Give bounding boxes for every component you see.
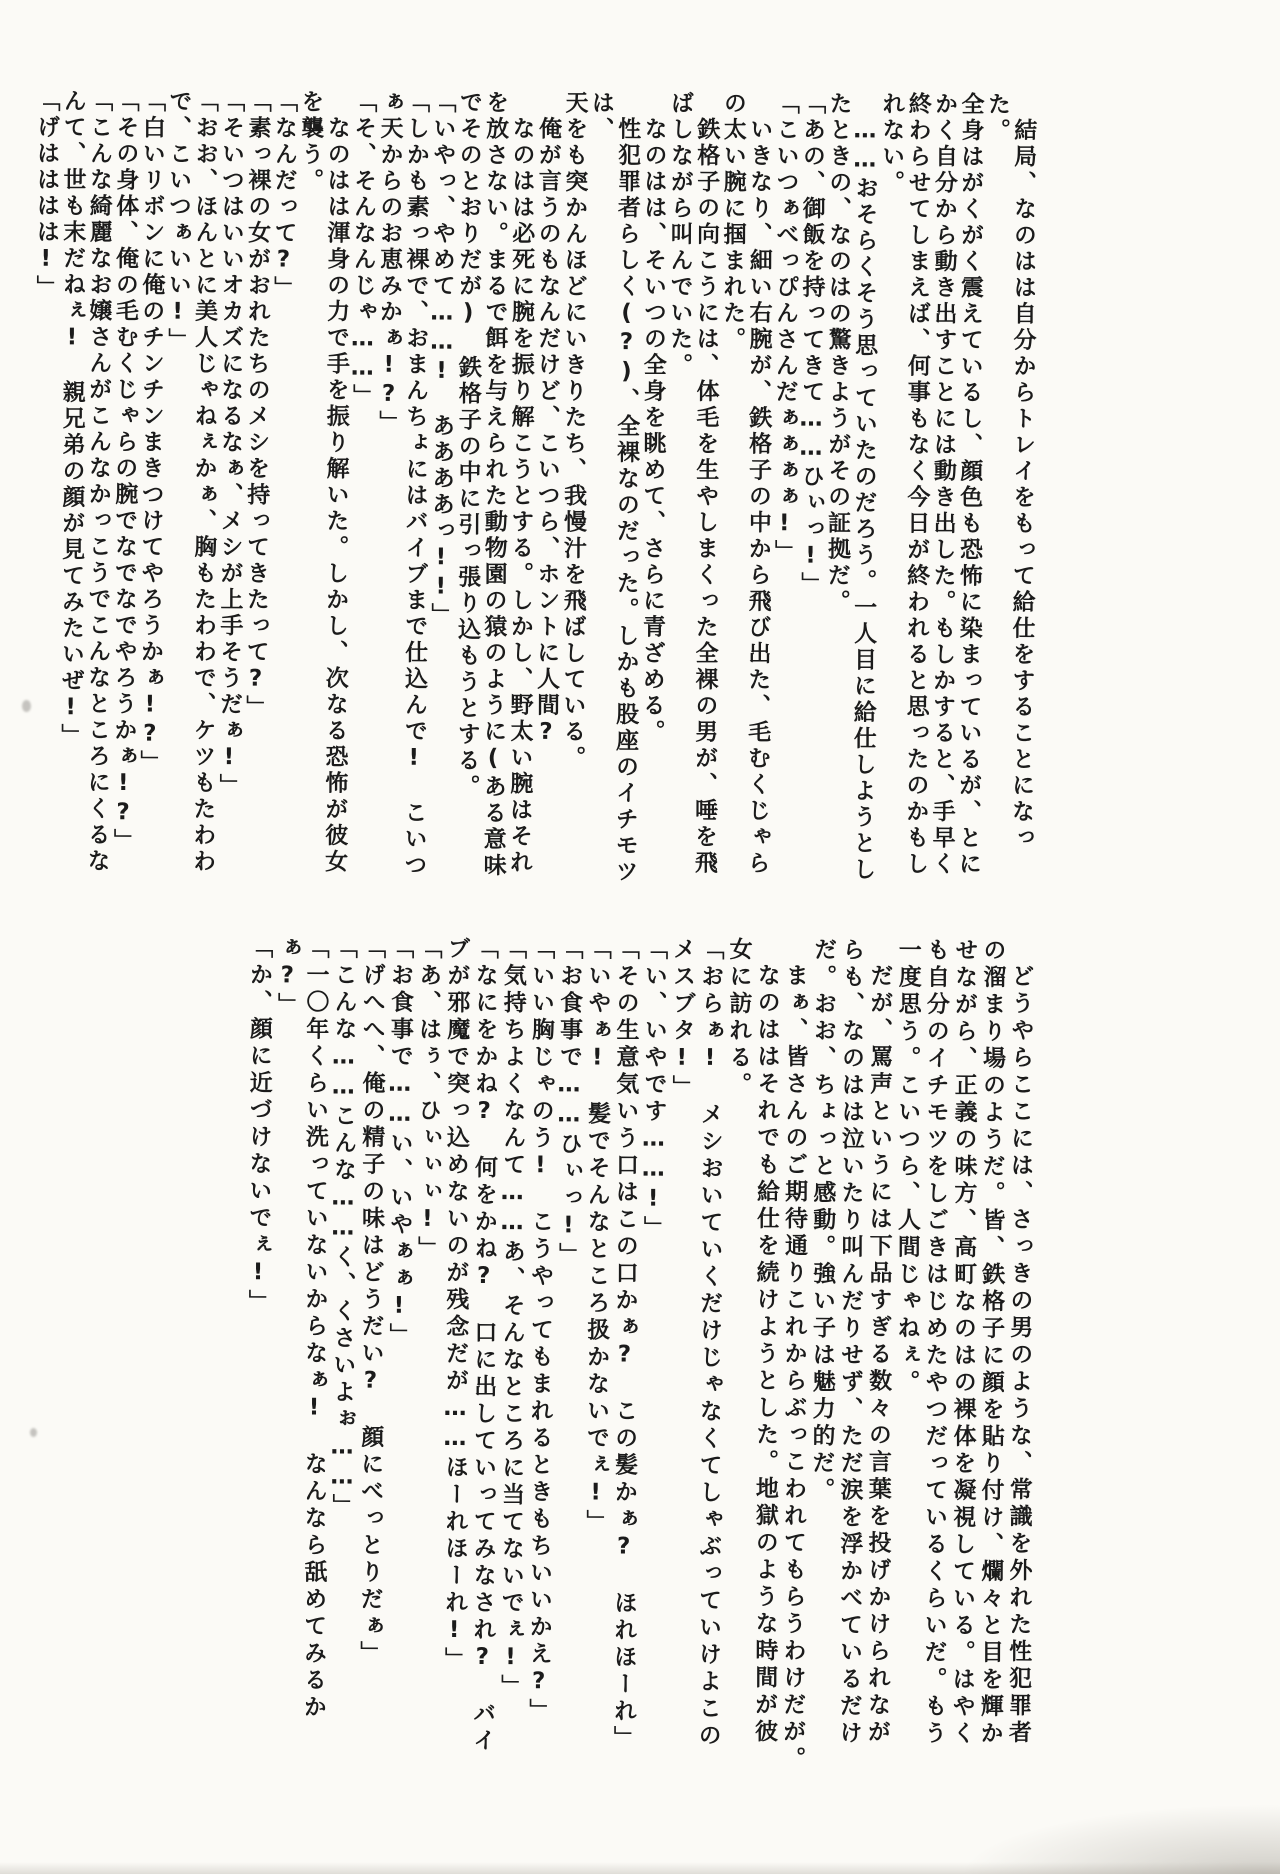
text-column: たときの、なのはの驚きようがその証拠だ。	[822, 91, 851, 891]
text-column: の太い腕に掴まれた。	[716, 91, 745, 891]
text-column: の溜まり場のようだ。皆、鉄格子に顔を貼り付け、爛々と目を輝か	[976, 938, 1007, 1798]
text-column: せながら、正義の味方、高町なのはの裸体を凝視している。はやく	[947, 938, 978, 1798]
scan-speck	[22, 700, 31, 712]
text-column: だ。おお、ちょっと感動。強い子は魅力的だ。	[806, 937, 837, 1797]
text-column: いきなり、細い右腕が、鉄格子の中から飛び出た、毛むくじゃら	[743, 91, 772, 891]
text-column: 「こいつぁべっぴんさんだぁぁぁぁ!」	[769, 91, 798, 891]
text-column: 「なんだって?」	[267, 89, 296, 889]
text-column: かく自分から動き出すことには動き出した。もしかすると、手早く	[928, 92, 957, 892]
text-column: 女に訪れる。	[722, 937, 753, 1797]
text-column: 「素っ裸の女がおれたちのメシを持ってきたって?」	[241, 89, 270, 889]
text-column: ばしながら叫んでいた。	[664, 91, 693, 891]
text-column: 「げはははは!」	[30, 88, 59, 888]
text-column: んて、世も末だねぇ! 親兄弟の顔が見てみたいぜ!」	[56, 89, 85, 889]
text-column: 「こんな……こんな……く、くさいよぉ……」	[327, 936, 358, 1796]
text-column: 「お食事で……ひぃっ!」	[553, 936, 584, 1796]
text-column: メスブタ!」	[665, 937, 696, 1797]
text-block-top: 結局、なのはは自分からトレイをもって給仕をすることになった。全身はがくがく震えて…	[30, 88, 1036, 891]
text-column: でそのとおりだが) 鉄格子の中に引っ張り込もうとする。	[452, 90, 481, 890]
text-column: 天をも突かんほどにいきりたち、我慢汁を飛ばしている。	[558, 90, 587, 890]
text-column: 「か、顔に近づけないでぇ!」	[242, 935, 273, 1795]
text-column: 「その生意気いう口はこの口かぁ? この髪かぁ? ほれほーれ」	[609, 937, 640, 1797]
text-column: 「お食事で……い、いやぁぁ!」	[383, 936, 414, 1796]
text-column: 「げへへ、俺の精子の味はどうだい? 顔にべっとりだぁ」	[355, 936, 386, 1796]
scanned-page: 結局、なのはは自分からトレイをもって給仕をすることになった。全身はがくがく震えて…	[0, 0, 1280, 1874]
text-column: 「いやっ、やめて……! ああああっ!!」	[426, 90, 455, 890]
text-column: 「あ、はぅ、ひぃぃぃ!」	[412, 936, 443, 1796]
text-column: 「いい胸じゃのう! こうやってもまれるときもちいいかえ?」	[524, 936, 555, 1796]
text-column: も自分のイチモツをしごきはじめたやつだっているくらいだ。もう	[919, 938, 950, 1798]
text-column: ……おそらくそう思っていたのだろう。一人目に給仕しようとし	[848, 91, 877, 891]
text-column: 「しかも素っ裸で、おまんちょにはバイブまで仕込んで! こいつ	[399, 90, 428, 890]
text-column: 「白いリボンに俺のチンチンまきつけてやろうかぁ!?」	[135, 89, 164, 889]
text-column: 「その身体、俺の毛むくじゃらの腕でなでなでやろうかぁ!?」	[109, 89, 138, 889]
text-column: 「おらぁ! メシおいていくだけじゃなくてしゃぶっていけよこの	[694, 937, 725, 1797]
text-column: を襲う。	[294, 89, 323, 889]
text-column: なのははそれでも給仕を続けようとした。地獄のような時間が彼	[750, 937, 781, 1797]
text-column: 「気持ちよくなんて……あ、そんなところに当てないでぇ!」	[496, 936, 527, 1796]
text-column: ぁ天からのお恵みかぁ!?」	[373, 90, 402, 890]
text-column: 「こんな綺麗なお嬢さんがこんなかっこうでこんなところにくるな	[83, 89, 112, 889]
text-column: 「あの、御飯を持ってきて……ひぃっ!」	[796, 91, 825, 891]
text-column: 俺が言うのもなんだけど、こいつら、ホントに人間?	[531, 90, 560, 890]
text-column: 性犯罪者らしく(?)、全裸なのだった。しかも股座のイチモツは、	[584, 90, 640, 890]
text-column: ブが邪魔で突っ込めないのが残念だが……ほーれほーれ!」	[440, 936, 471, 1796]
text-block-bottom: どうやらここには、さっきの男のような、常識を外れた性犯罪者の溜まり場のようだ。皆…	[242, 935, 1035, 1798]
text-column: らも、なのはは泣いたり叫んだりせず、ただ涙を浮かべているだけ	[835, 937, 866, 1797]
text-column: 全身はがくがく震えているし、顔色も恐怖に染まっているが、とに	[954, 92, 983, 892]
text-column: 「い、いやです……!」	[637, 937, 668, 1797]
text-column: 「なにをかね? 何をかね? 口に出していってみなされ? バイ	[468, 936, 499, 1796]
text-column: まぁ、皆さんのご期待通りこれからぶっこわれてもらうわけだが。	[778, 937, 809, 1797]
text-column: 「そいつはいいオカズになるなぁ、メシが上手そうだぁ!」	[215, 89, 244, 889]
text-column: 「おお、ほんとに美人じゃねぇかぁ、胸もたわわで、ケツもたわわ	[188, 89, 217, 889]
text-column: なのはは、そいつの全身を眺めて、さらに青ざめる。	[637, 91, 666, 891]
text-column: 鉄格子の向こうには、体毛を生やしまくった全裸の男が、唾を飛	[690, 91, 719, 891]
text-column: だが、罵声というには下品すぎる数々の言葉を投げかけられなが	[863, 937, 894, 1797]
text-column: 一度思う。こいつら、人間じゃねぇ。	[891, 938, 922, 1798]
text-column: を放さない。まるで餌を与えられた動物園の猿のように(ある意味	[479, 90, 508, 890]
text-column: 「一〇年くらい洗っていないからなぁ! なんなら舐めてみるか	[299, 935, 330, 1795]
text-column: 「そ、そんなんじゃ……」	[347, 90, 376, 890]
text-column: どうやらここには、さっきの男のような、常識を外れた性犯罪者	[1004, 938, 1035, 1798]
text-column: なのはは渾身の力で手を振り解いた。しかし、次なる恐怖が彼女	[320, 90, 349, 890]
text-column: 終わらせてしまえば、何事もなく今日が終われると思ったのかもし	[901, 92, 930, 892]
text-column: 結局、なのはは自分からトレイをもって給仕をすることになった。	[980, 92, 1036, 892]
scan-edge-shadow	[0, 1862, 1280, 1874]
scan-speck	[30, 1428, 37, 1437]
text-column: なのはは必死に腕を振り解こうとする。しかし、野太い腕はそれ	[505, 90, 534, 890]
text-column: れない。	[875, 91, 904, 891]
text-column: ぁ?」	[271, 935, 302, 1795]
text-column: 「いやぁ! 髪でそんなところ扱かないでぇ!」	[581, 936, 612, 1796]
text-column: で、こいつぁいい!」	[162, 89, 191, 889]
